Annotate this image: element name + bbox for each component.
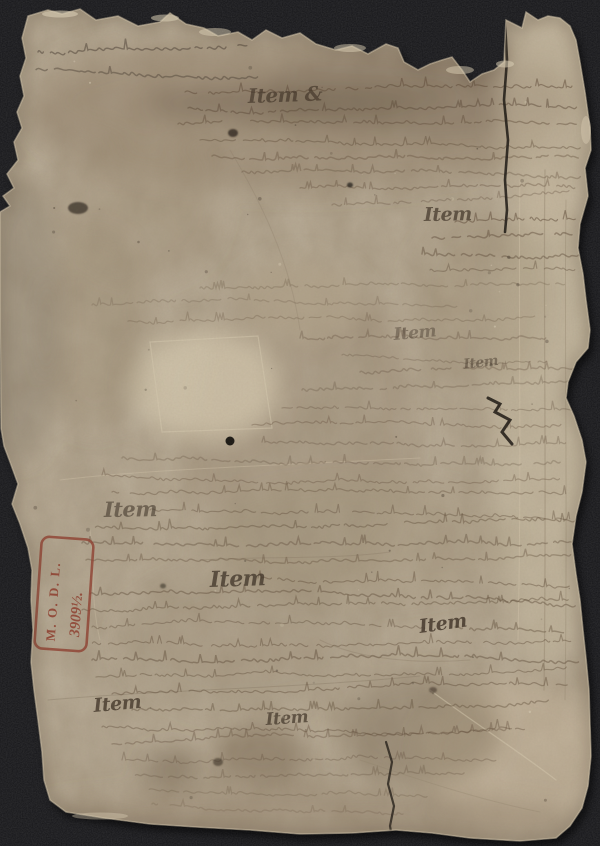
- parchment-grain: [0, 0, 600, 846]
- manuscript-photo: Item &ItemItemItemItemItemItemItemItem: [0, 0, 600, 846]
- manuscript-canvas: Item &ItemItemItemItemItemItemItemItem: [0, 0, 600, 846]
- parchment-leaf: Item &ItemItemItemItemItemItemItemItem: [0, 0, 600, 846]
